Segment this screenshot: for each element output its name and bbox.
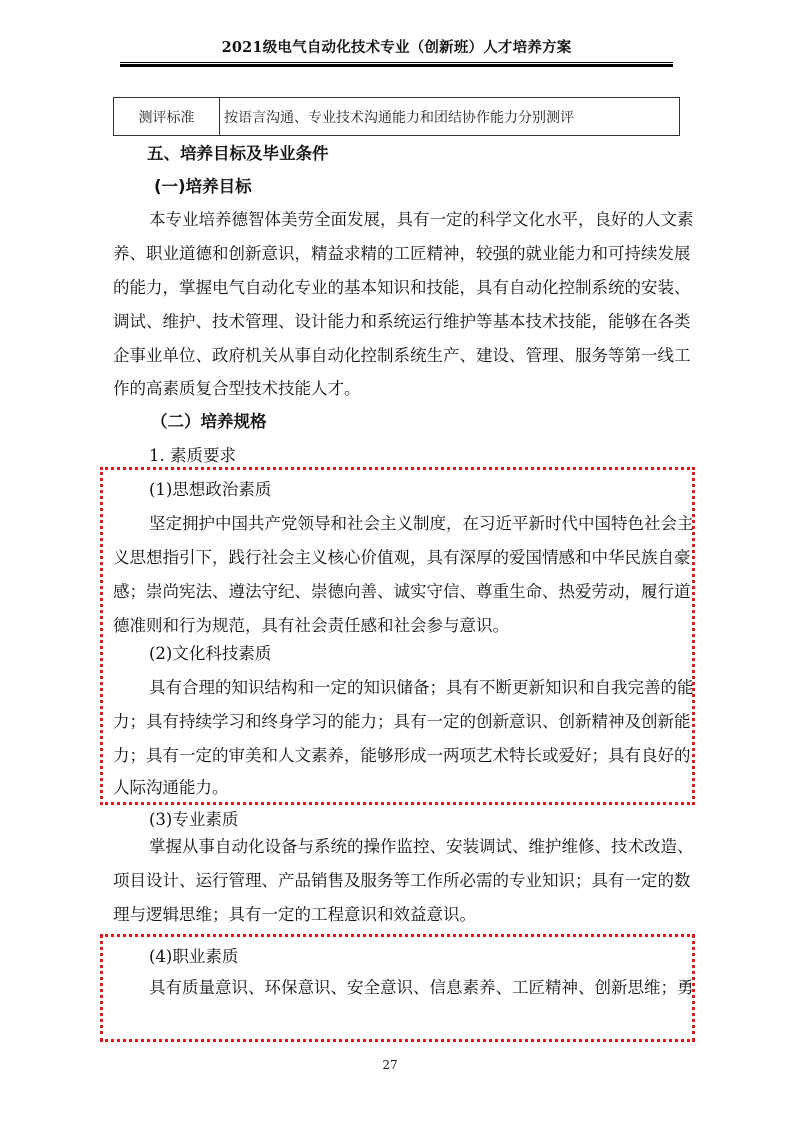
- table-row: 测评标准 按语言沟通、专业技术沟通能力和团结协作能力分别测评: [114, 98, 680, 136]
- quality-title-political: (1)思想政治素质: [113, 473, 680, 507]
- paragraph-line: 义思想指引下，践行社会主义核心价值观，具有深厚的爱国情感和中华民族自豪: [113, 541, 680, 575]
- paragraph-line: 具有质量意识、环保意识、安全意识、信息素养、工匠精神、创新思维；勇: [113, 971, 680, 1005]
- paragraph-line: 的能力，掌握电气自动化专业的基本知识和技能，具有自动化控制系统的安装、: [113, 271, 680, 305]
- paragraph-line: 调试、维护、技术管理、设计能力和系统运行维护等基本技术技能，能够在各类: [113, 305, 680, 339]
- evaluation-value-cell: 按语言沟通、专业技术沟通能力和团结协作能力分别测评: [220, 98, 680, 136]
- subsection-heading-specs: （二）培养规格: [113, 405, 680, 439]
- paragraph-line: 掌握从事自动化设备与系统的操作监控、安装调试、维护维修、技术改造、: [113, 830, 680, 864]
- quality-title-vocational: (4)职业素质: [113, 940, 680, 974]
- paragraph-line: 人际沟通能力。: [113, 771, 680, 805]
- paragraph-line: 企事业单位、政府机关从事自动化控制系统生产、建设、管理、服务等第一线工: [113, 339, 680, 373]
- header-rule-thin: [120, 62, 673, 63]
- header-rule-thick: [120, 64, 673, 67]
- paragraph-line: 感；崇尚宪法、遵法守纪、崇德向善、诚实守信、尊重生命、热爱劳动，履行道: [113, 575, 680, 609]
- paragraph-line: 坚定拥护中国共产党领导和社会主义制度，在习近平新时代中国特色社会主: [113, 507, 680, 541]
- paragraph-line: 力；具有持续学习和终身学习的能力；具有一定的创新意识、创新精神及创新能: [113, 705, 680, 739]
- paragraph-line: 养、职业道德和创新意识，精益求精的工匠精神，较强的就业能力和可持续发展: [113, 237, 680, 271]
- page-number: 27: [370, 1058, 410, 1072]
- paragraph-line: 项目设计、运行管理、产品销售及服务等工作所必需的专业知识；具有一定的数: [113, 864, 680, 898]
- evaluation-table: 测评标准 按语言沟通、专业技术沟通能力和团结协作能力分别测评: [113, 97, 680, 136]
- subsection-heading-goals: (一)培养目标: [113, 170, 680, 204]
- header-rule: [120, 62, 673, 67]
- section-heading: 五、培养目标及毕业条件: [113, 137, 680, 171]
- paragraph-line: 理与逻辑思维；具有一定的工程意识和效益意识。: [113, 898, 680, 932]
- paragraph-line: 本专业培养德智体美劳全面发展，具有一定的科学文化水平，良好的人文素: [113, 203, 680, 237]
- paragraph-line: 作的高素质复合型技术技能人才。: [113, 372, 680, 406]
- evaluation-label-cell: 测评标准: [114, 98, 220, 136]
- quality-title-culture: (2)文化科技素质: [113, 637, 680, 671]
- paragraph-line: 具有合理的知识结构和一定的知识储备；具有不断更新知识和自我完善的能: [113, 671, 680, 705]
- running-header: 2021级电气自动化技术专业（创新班）人才培养方案: [120, 36, 673, 57]
- paragraph-line: 力；具有一定的审美和人文素养，能够形成一两项艺术特长或爱好；具有良好的: [113, 739, 680, 773]
